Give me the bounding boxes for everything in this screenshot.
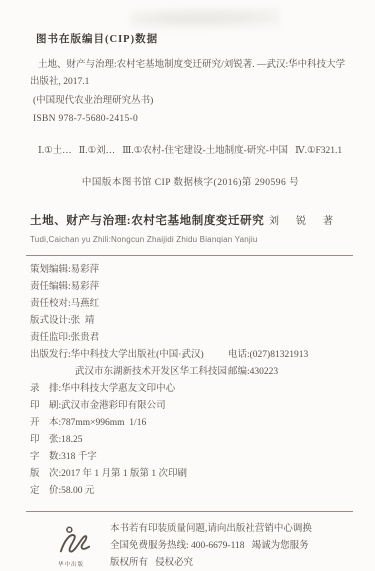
book-copyright-page: 图书在版编目(CIP)数据 土地、财产与治理:农村宅基地制度变迁研究/刘锐著. … (0, 0, 375, 571)
credit-value: 马燕红 (71, 298, 100, 310)
bleed-through-artifact (130, 6, 280, 32)
cip-record-line-1: 土地、财产与治理:农村宅基地制度变迁研究/刘锐著. —武汉:华中科技大学 (38, 59, 351, 71)
footer-block: 华中出版 本书若有印装质量问题,请向出版社营销中心调换 全国免费服务热线: 40… (56, 521, 351, 569)
title-row: 土地、财产与治理:农村宅基地制度变迁研究 刘 锐 著 (30, 212, 351, 228)
publisher-address-row: 武汉市东湖新技术开发区华工科技园 邮编:430223 (30, 366, 351, 383)
cip-registry-number: 中国版本图书馆 CIP 数据核字(2016)第 290596 号 (30, 177, 351, 189)
publisher-row: 出版发行:华中科技大学出版社(中国·武汉) 电话:(027)81321913 (30, 349, 351, 366)
isbn-number: ISBN 978-7-5680-2415-0 (33, 113, 351, 125)
word-count-row: 字 数:318 千字 (30, 451, 351, 468)
publisher-postcode: 邮编:430223 (228, 366, 278, 378)
series-note: (中国现代农业治理研究丛书) (33, 95, 351, 107)
credit-value: 易彩萍 (71, 264, 100, 276)
format-row: 开 本:787mm×996mm 1/16 (30, 417, 351, 434)
credit-label: 版式设计: (30, 315, 71, 327)
publisher-phone: 电话:(027)81321913 (228, 349, 308, 361)
publisher-address: 武汉市东湖新技术开发区华工科技园 (75, 366, 228, 378)
credit-value: 张贵君 (71, 332, 100, 344)
footer-lines: 本书若有印装质量问题,请向出版社营销中心调换 全国免费服务热线: 400-667… (110, 521, 312, 569)
credit-row-responsible-editor: 责任编辑:易彩萍 (30, 281, 351, 298)
cip-classification: Ⅰ.①土… Ⅱ.①刘… Ⅲ.①农村-住宅建设-土地制度-研究-中国 Ⅳ.①F32… (38, 145, 351, 157)
credit-label: 责任编辑: (30, 281, 71, 293)
cip-record-line-2: 出版社, 2017.1 (30, 76, 351, 88)
credit-value: 张 靖 (71, 315, 95, 327)
cip-header: 图书在版编目(CIP)数据 (36, 34, 351, 46)
author-name: 刘 锐 著 (269, 212, 333, 227)
credit-value: 易彩萍 (71, 281, 100, 293)
typesetting-row: 录 排:华中科技大学惠友文印中心 (30, 383, 351, 400)
credit-row-layout-designer: 版式设计:张 靖 (30, 315, 351, 332)
credit-label: 责任校对: (30, 298, 71, 310)
publisher-logo: 华中出版 (56, 521, 102, 569)
copyright-notice: 版权所有 侵权必究 (110, 557, 312, 569)
credit-row-print-supervisor: 责任监印:张贵君 (30, 332, 351, 349)
credit-row-proofreader: 责任校对:马燕红 (30, 298, 351, 315)
title-pinyin: Tudi,Caichan yu Zhili:Nongcun Zhaijidi Z… (30, 235, 351, 244)
divider-top (26, 255, 353, 256)
divider-bottom (26, 511, 353, 512)
credits-block: 策划编辑:易彩萍 责任编辑:易彩萍 责任校对:马燕红 版式设计:张 靖 责任监印… (30, 264, 351, 502)
service-hotline: 全国免费服务热线: 400-6679-118 竭诚为您服务 (110, 540, 312, 552)
credit-row-planning-editor: 策划编辑:易彩萍 (30, 264, 351, 281)
publisher-logo-text: 华中出版 (58, 560, 102, 568)
printer-row: 印 刷:武汉市金港彩印有限公司 (30, 400, 351, 417)
publisher-name: 出版发行:华中科技大学出版社(中国·武汉) (30, 349, 228, 361)
credit-label: 责任监印: (30, 332, 71, 344)
hust-press-logo-icon (56, 525, 94, 557)
price-row: 定 价:58.00 元 (30, 485, 351, 502)
edition-row: 版 次:2017 年 1 月第 1 版第 1 次印刷 (30, 468, 351, 485)
sheets-row: 印 张:18.25 (30, 434, 351, 451)
quality-notice: 本书若有印装质量问题,请向出版社营销中心调换 (110, 523, 312, 535)
credit-label: 策划编辑: (30, 264, 71, 276)
book-title: 土地、财产与治理:农村宅基地制度变迁研究 (30, 212, 264, 228)
